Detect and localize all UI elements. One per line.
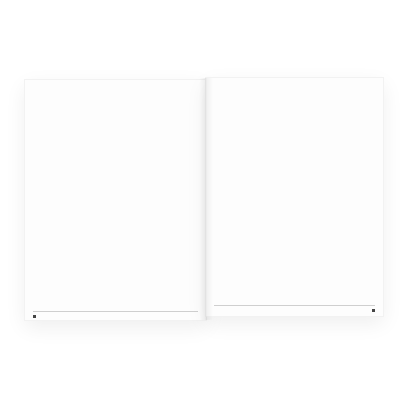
left-columns-section-1: מקור הדין ומבואר בדברי הפוסקים דדוקא כשק…	[33, 146, 196, 173]
left-bottom-heading: שער הציון	[33, 273, 196, 278]
publisher-mark-icon	[372, 309, 375, 312]
margin-note: א מיי פרק ה מהלכות ברכות הלכה א סמג עשין…	[372, 104, 382, 144]
gemara-text: מנא הני מילי אמר רב אסי דאמר קרא גדלו לי…	[283, 142, 338, 194]
left-margin-note: א מיי פרק ה מהלכות ברכות הלכה א סמג עשין…	[197, 120, 205, 142]
publisher-mark-icon	[33, 315, 36, 318]
left-page-header: הלכות ברכת הזימון — דיני צירוף	[33, 92, 198, 99]
left-intro-paragraph: ובו יתבאר דין שלשה שאכלו כאחת שחייבין לז…	[33, 102, 196, 113]
open-book: באר הגולה · לב. הלכות ברכת הזימון — דיני…	[25, 78, 383, 321]
gloss-block: מסורת הש״ס א מיי פרק ה מהלכות ברכות הלכה…	[210, 178, 223, 210]
gemara-text-2: מנא הני מילי אמר רב אסי דאמר קרא גדלו לי…	[283, 203, 338, 253]
gloss-block: שיטה מקובצת א מיי פרק ה מהלכות ברכות הלכ…	[210, 215, 223, 275]
footnote-column-left: שלשה שאכלו כאחת חייבין לזמן שנאמר גדלו ל…	[33, 279, 112, 295]
column-left: משנה ברורה ומבואר בדברי הפוסקים דדוקא כש…	[33, 176, 112, 202]
left-body-paragraphs: ומבואר בדברי הפוסקים דדוקא כשקבעו יחד מת…	[33, 204, 196, 254]
left-separator: · · ·	[33, 297, 196, 301]
left-body-paragraph-2: ■ שלשה שאכלו פת כאחד חייבין לזמן ואפילו …	[33, 256, 196, 271]
left-footnote-columns: א מיי פרק ה מהלכות ברכות הלכה א סמג עשין…	[33, 279, 196, 295]
right-footer-rule	[214, 305, 375, 306]
left-footer-rule	[33, 311, 198, 312]
margin-note: א מיי פרק ה מהלכות ברכות הלכה א סמג עשין…	[372, 150, 382, 184]
rashi-column: שלשה שאכלו כאחת חייבין לזמן שנאמר גדלו ל…	[340, 103, 368, 241]
right-page-number: 98	[349, 308, 375, 313]
book-photo-canvas: באר הגולה · לב. הלכות ברכת הזימון — דיני…	[0, 0, 416, 416]
gloss-block: הגהות הב״ח א מיי פרק ה מהלכות ברכות הלכה…	[210, 104, 223, 132]
center-heading-1: זהו שיעור צירוף לזימון	[283, 135, 338, 140]
column-left: באר היטב ■ שלשה שאכלו פת כאחד חייבין לזמ…	[33, 146, 112, 173]
left-page-number: 99	[33, 314, 59, 319]
bottom-wide-text: מנא הני מילי אמר רב אסי דאמר קרא גדלו לי…	[225, 255, 368, 297]
column-right: מקור הדין ומבואר בדברי הפוסקים דדוקא כשק…	[118, 146, 197, 173]
left-margin-note: א מיי פרק ה מהלכות ברכות הלכה א סמג עשין…	[197, 148, 205, 180]
left-columns-section-2: באור הלכה אכל דמאי ואף על גב דלא חזי ליה…	[33, 176, 196, 202]
margin-column-header: עין משפט נר מצוה	[370, 93, 382, 102]
gloss-block: הגהות הגר״א א מיי פרק ה מהלכות ברכות הלכ…	[210, 138, 223, 154]
margin-note: א מיי פרק ה מהלכות ברכות הלכה א סמג עשין…	[372, 190, 382, 274]
right-page-header: שלשה שאכלו פרק שביעי ברכות	[214, 95, 374, 102]
gloss-block: גליון הש״ס א מיי פרק ה מהלכות ברכות הלכה…	[210, 159, 223, 173]
left-page: באר הגולה · לב. הלכות ברכת הזימון — דיני…	[25, 80, 206, 320]
center-heading-2: ברכת הזימון בעשרה	[283, 196, 338, 201]
footnote-column-right: א מיי פרק ה מהלכות ברכות הלכה א סמג עשין…	[118, 279, 197, 295]
left-margin-note: א מיי פרק ה מהלכות ברכות הלכה א סמג עשין…	[197, 186, 205, 206]
folio-marker: מו.	[242, 96, 256, 101]
left-main-paragraph: ■ שלשה שאכלו פת כאחד חייבין לזמן ואפילו …	[33, 129, 196, 144]
tosafot-column: אכל דמאי ואף על גב דלא חזי ליה כיון דאי …	[225, 103, 280, 253]
column-right: באור הלכה אכל דמאי ואף על גב דלא חזי ליה…	[118, 176, 197, 202]
right-page: שלשה שאכלו פרק שביעי ברכות מו. עין משפט …	[206, 78, 383, 316]
left-section-title-note: (שלחן ערוך אורח חיים סימן קצז)	[33, 123, 196, 127]
mishnah-text: שלשה שאכלו כאחת חייבין לזמן אכל דמאי ומע…	[283, 103, 338, 133]
